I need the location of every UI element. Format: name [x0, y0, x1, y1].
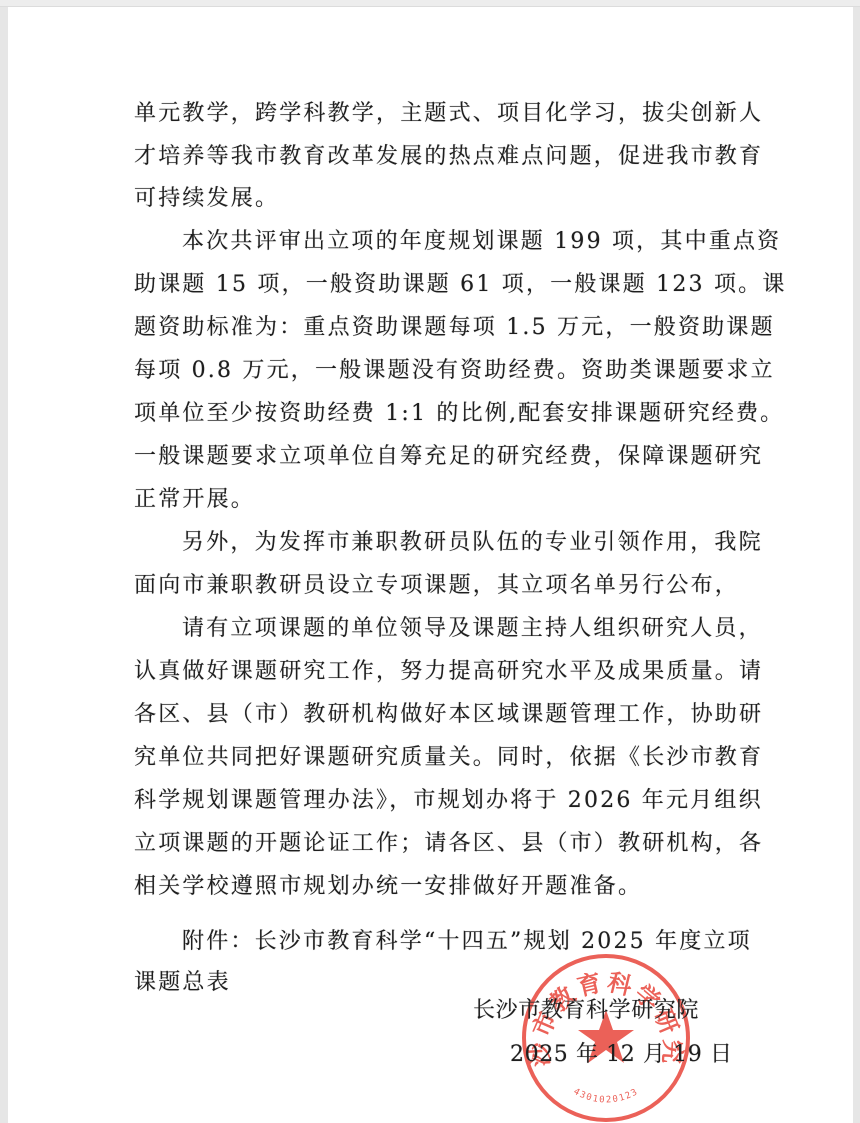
- attachment-line: 课题总表: [134, 969, 231, 997]
- text-line: 才培养等我市教育改革发展的热点难点问题，促进我市教育: [134, 143, 763, 171]
- text-line: 一般课题要求立项单位自筹充足的研究经费，保障课题研究: [134, 443, 763, 471]
- text-line: 另外，为发挥市兼职教研员队伍的专业引领作用，我院: [182, 529, 763, 557]
- text-line: 本次共评审出立项的年度规划课题 199 项，其中重点资: [182, 228, 781, 256]
- official-seal-stamp: 长沙市教育科学研究院 4301020123: [520, 952, 692, 1123]
- text-line: 项单位至少按资助经费 1:1 的比例,配套安排课题研究经费。: [134, 400, 784, 428]
- svg-text:4301020123: 4301020123: [572, 1087, 641, 1106]
- text-line: 每项 0.8 万元，一般课题没有资助经费。资助类课题要求立: [134, 357, 775, 385]
- text-line: 可持续发展。: [134, 185, 279, 213]
- text-line: 助课题 15 项，一般资助课题 61 项，一般课题 123 项。课: [134, 271, 787, 299]
- text-line: 认真做好课题研究工作，努力提高研究水平及成果质量。请: [134, 658, 763, 686]
- text-line: 请有立项课题的单位领导及课题主持人组织研究人员，: [182, 615, 763, 643]
- text-line: 立项课题的开题论证工作；请各区、县（市）教研机构，各: [134, 830, 763, 858]
- text-line: 究单位共同把好课题研究质量关。同时，依据《长沙市教育: [134, 744, 763, 772]
- text-line: 题资助标准为：重点资助课题每项 1.5 万元，一般资助课题: [134, 314, 775, 342]
- text-line: 单元教学，跨学科教学，主题式、项目化学习，拔尖创新人: [134, 100, 763, 128]
- signature-organization: 长沙市教育科学研究院: [473, 997, 699, 1025]
- text-line: 相关学校遵照市规划办统一安排做好开题准备。: [134, 873, 642, 901]
- text-line: 各区、县（市）教研机构做好本区域课题管理工作，协助研: [134, 701, 763, 729]
- text-line: 面向市兼职教研员设立专项课题，其立项名单另行公布，: [134, 572, 739, 600]
- text-line: 科学规划课题管理办法》，市规划办将于 2026 年元月组织: [134, 787, 763, 815]
- document-page: 单元教学，跨学科教学，主题式、项目化学习，拔尖创新人 才培养等我市教育改革发展的…: [8, 7, 853, 1123]
- viewer-top-bar: [0, 0, 860, 7]
- text-line: 正常开展。: [134, 486, 255, 514]
- signature-date: 2025 年 12 月 19 日: [510, 1041, 733, 1069]
